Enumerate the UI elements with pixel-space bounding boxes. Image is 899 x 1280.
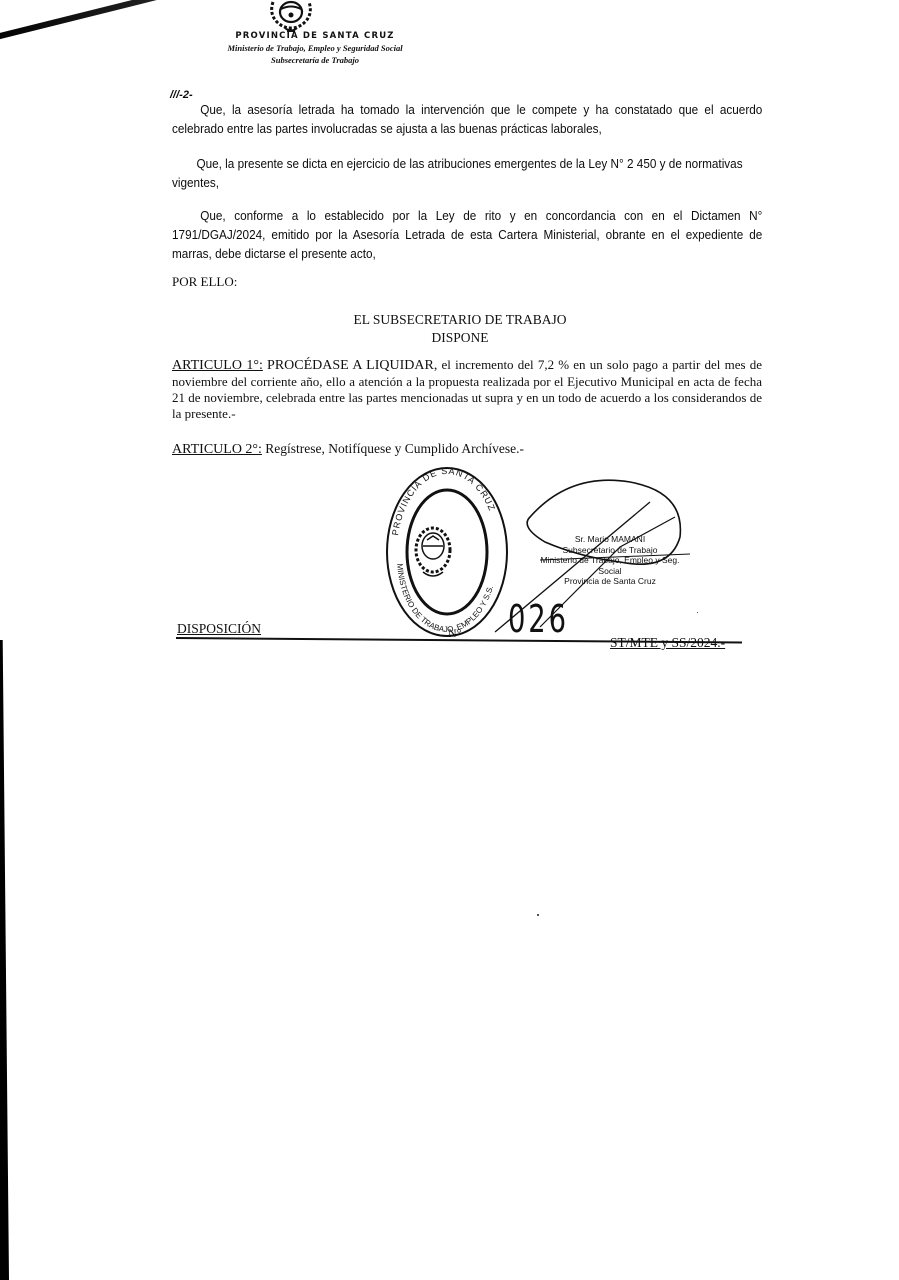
letterhead-subsecretariat: Subsecretaría de Trabajo [150, 55, 480, 65]
signatory-ministry: Ministerio de Trabajo, Empleo y Seg. Soc… [530, 555, 690, 576]
article-2: ARTICULO 2°: Regístrese, Notifíquese y C… [172, 441, 524, 458]
scan-artifact-edge [0, 640, 9, 1280]
por-ello-heading: POR ELLO: [172, 272, 237, 291]
letterhead-ministry: Ministerio de Trabajo, Empleo y Segurida… [150, 43, 480, 53]
considerando-3: Que, conforme a lo establecido por la Le… [172, 207, 762, 264]
dispone-title: DISPONE [160, 330, 760, 346]
coat-of-arms-icon [263, 0, 319, 32]
issuer-title: EL SUBSECRETARIO DE TRABAJO [160, 312, 760, 328]
disposition-suffix: ST/MTE y SS/2024.- [610, 635, 725, 651]
signatory-block: Sr. Mario MAMANI Subsecretario de Trabaj… [530, 534, 690, 587]
scan-speck [697, 612, 698, 613]
article-2-text: Regístrese, Notifíquese y Cumplido Archí… [265, 441, 524, 456]
disposition-label: DISPOSICIÓN [177, 621, 261, 637]
scan-speck [537, 914, 539, 916]
article-1: ARTICULO 1°: PROCÉDASE A LIQUIDAR, el in… [172, 357, 762, 422]
signatory-province: Provincia de Santa Cruz [530, 576, 690, 587]
signatory-name: Sr. Mario MAMANI [530, 534, 690, 545]
article-2-label: ARTICULO 2°: [172, 442, 262, 457]
article-1-label: ARTICULO 1°: [172, 358, 263, 373]
signatory-role: Subsecretario de Trabajo [530, 545, 690, 556]
article-1-lead: PROCÉDASE A LIQUIDAR, [267, 358, 437, 373]
disposition-number: 026 [508, 597, 569, 641]
letterhead-province: PROVINCIA DE SANTA CRUZ [150, 31, 480, 41]
considerando-2: Que, la presente se dicta en ejercicio d… [172, 155, 755, 193]
considerando-1: Que, la asesoría letrada ha tomado la in… [172, 101, 762, 139]
